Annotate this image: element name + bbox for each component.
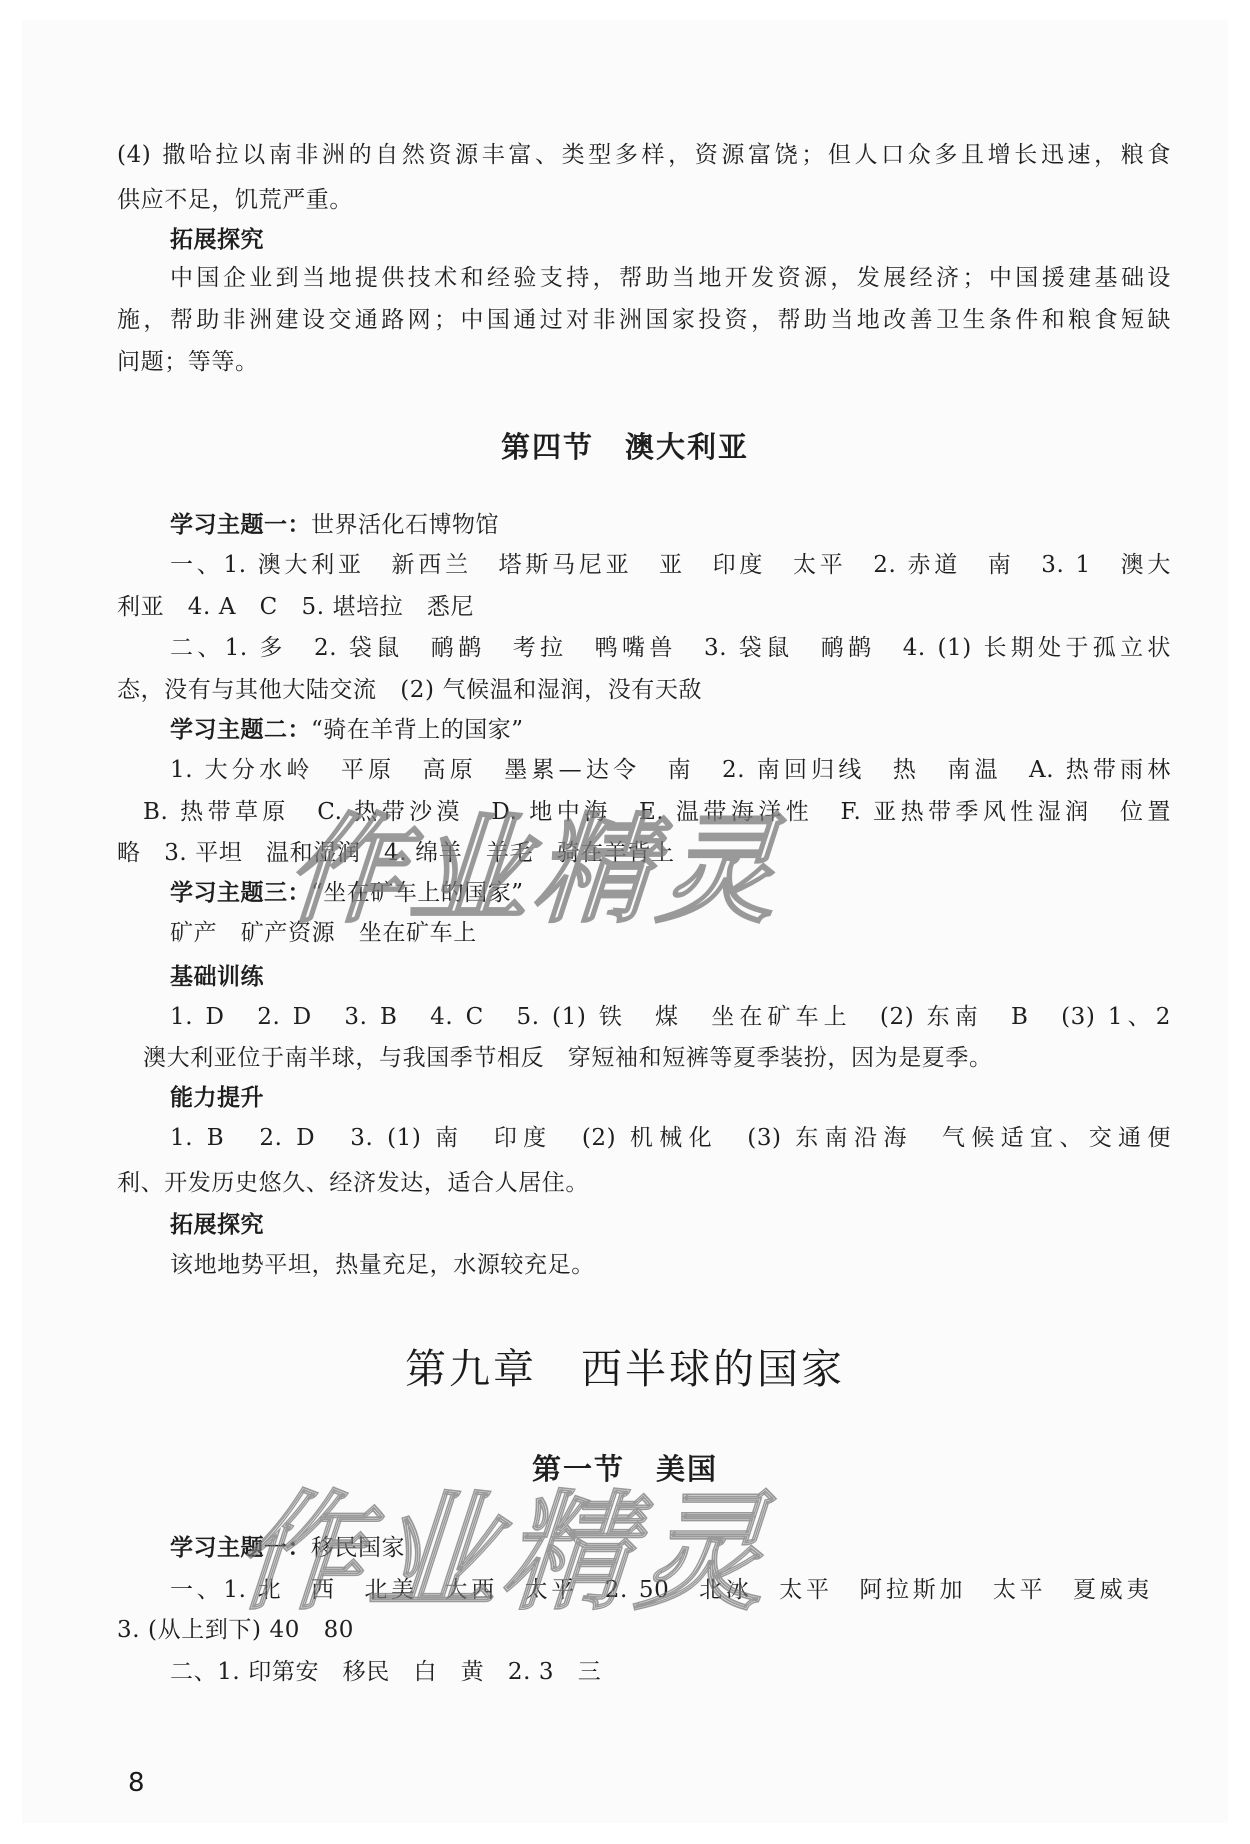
topic-3-title: “坐在矿车上的国家” [311,880,524,906]
topic-2-title: “骑在羊背上的国家” [311,717,524,743]
extension-line-1: 中国企业到当地提供技术和经验支持，帮助当地开发资源，发展经济；中国援建基础设 [170,263,1171,293]
extension-heading: 拓展探究 [170,225,264,255]
section-title-australia: 第四节 澳大利亚 [0,425,1250,466]
topic-3-heading: 学习主题三：“坐在矿车上的国家” [170,878,524,908]
topic-1-line: 态，没有与其他大陆交流 (2) 气候温和湿润，没有天敌 [117,675,1171,705]
section-title-usa: 第一节 美国 [0,1447,1250,1488]
topic-1-heading: 学习主题一：世界活化石博物馆 [170,510,499,540]
usa-topic-1-line: 二、1. 印第安 移民 白 黄 2. 3 三 [170,1657,1171,1687]
usa-topic-1-heading: 学习主题一：移民国家 [170,1533,405,1563]
topic-2-line: B. 热带草原 C. 热带沙漠 D. 地中海 E. 温带海洋性 F. 亚热带季风… [143,797,1171,827]
topic-1-title: 世界活化石博物馆 [311,512,499,538]
topic-1-line: 利亚 4. A C 5. 堪培拉 悉尼 [117,592,1171,622]
extension-heading-australia: 拓展探究 [170,1210,264,1240]
topic-2-line: 1. 大分水岭 平原 高原 墨累—达令 南 2. 南回归线 热 南温 A. 热带… [170,755,1171,785]
topic-1-line: 一、1. 澳大利亚 新西兰 塔斯马尼亚 亚 印度 太平 2. 赤道 南 3. 1… [170,550,1171,580]
extension-line-2: 施，帮助非洲建设交通路网；中国通过对非洲国家投资，帮助当地改善卫生条件和粮食短缺 [117,305,1171,335]
ability-improvement-line: 1. B 2. D 3. (1) 南 印度 (2) 机械化 (3) 东南沿海 气… [170,1123,1171,1153]
topic-3-label: 学习主题三： [170,880,311,906]
usa-topic-1-label: 学习主题一： [170,1535,311,1561]
ability-improvement-heading: 能力提升 [170,1083,264,1113]
topic-2-line: 略 3. 平坦 温和湿润 4. 绵羊 羊毛 骑在羊背上 [117,838,1171,868]
answer-4-line-2: 供应不足，饥荒严重。 [117,185,1171,215]
topic-2-heading: 学习主题二：“骑在羊背上的国家” [170,715,524,745]
basic-training-heading: 基础训练 [170,962,264,992]
extension-line-3: 问题；等等。 [117,347,1171,377]
extension-line-australia: 该地地势平坦，热量充足，水源较充足。 [170,1250,1171,1280]
page-number: 8 [128,1768,145,1798]
basic-training-line: 澳大利亚位于南半球，与我国季节相反 穿短袖和短裤等夏季装扮，因为是夏季。 [143,1043,1171,1073]
usa-topic-1-line: 一、1. 北 西 北美 大西 太平 2. 50 北冰 太平 阿拉斯加 太平 夏威… [170,1575,1150,1605]
topic-2-label: 学习主题二： [170,717,311,743]
chapter-title: 第九章 西半球的国家 [0,1336,1250,1395]
answer-4-line-1: (4) 撒哈拉以南非洲的自然资源丰富、类型多样，资源富饶；但人口众多且增长迅速，… [117,140,1171,170]
basic-training-line: 1. D 2. D 3. B 4. C 5. (1) 铁 煤 坐在矿车上 (2)… [170,1002,1171,1032]
ability-improvement-line: 利、开发历史悠久、经济发达，适合人居住。 [117,1168,1171,1198]
usa-topic-1-title: 移民国家 [311,1535,405,1561]
topic-3-line: 矿产 矿产资源 坐在矿车上 [170,918,1171,948]
usa-topic-1-line: 3. (从上到下) 40 80 [117,1615,1171,1645]
topic-1-line: 二、1. 多 2. 袋鼠 鸸鹋 考拉 鸭嘴兽 3. 袋鼠 鸸鹋 4. (1) 长… [170,633,1171,663]
topic-1-label: 学习主题一： [170,512,311,538]
